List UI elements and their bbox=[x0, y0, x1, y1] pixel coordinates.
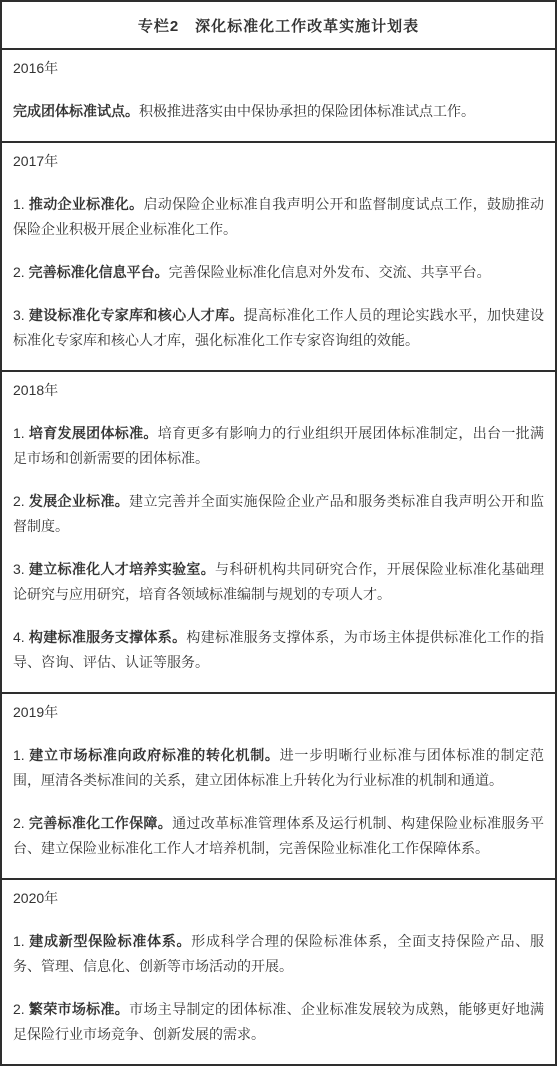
year-section: 2016年 完成团体标准试点。积极推进落实由中保协承担的保险团体标准试点工作。 bbox=[2, 48, 555, 141]
plan-item: 1. 建成新型保险标准体系。形成科学合理的保险标准体系，全面支持保险产品、服务、… bbox=[13, 929, 544, 979]
item-lead-bold: 完善标准化信息平台。 bbox=[29, 264, 169, 280]
item-number: 1. bbox=[13, 196, 29, 212]
item-number: 2. bbox=[13, 815, 29, 831]
item-number: 2. bbox=[13, 1001, 29, 1017]
item-lead-bold: 推动企业标准化。 bbox=[29, 196, 144, 212]
item-lead-bold: 建立市场标准向政府标准的转化机制。 bbox=[29, 747, 279, 763]
item-lead-bold: 完成团体标准试点。 bbox=[13, 103, 139, 119]
item-number: 1. bbox=[13, 747, 29, 763]
item-number: 1. bbox=[13, 425, 29, 441]
plan-item: 2. 发展企业标准。建立完善并全面实施保险企业产品和服务类标准自我声明公开和监督… bbox=[13, 489, 544, 539]
year-label: 2019年 bbox=[13, 700, 544, 725]
year-section: 2017年 1. 推动企业标准化。启动保险企业标准自我声明公开和监督制度试点工作… bbox=[2, 141, 555, 370]
table-sections: 2016年 完成团体标准试点。积极推进落实由中保协承担的保险团体标准试点工作。 … bbox=[2, 48, 555, 1064]
item-lead-bold: 建立标准化人才培养实验室。 bbox=[29, 561, 215, 577]
document-page: 专栏2 深化标准化工作改革实施计划表 2016年 完成团体标准试点。积极推进落实… bbox=[0, 0, 559, 1027]
item-number: 1. bbox=[13, 933, 29, 949]
plan-item: 4. 构建标准服务支撑体系。构建标准服务支撑体系，为市场主体提供标准化工作的指导… bbox=[13, 625, 544, 675]
item-lead-bold: 建成新型保险标准体系。 bbox=[29, 933, 191, 949]
item-lead-bold: 建设标准化专家库和核心人才库。 bbox=[29, 307, 244, 323]
item-number: 2. bbox=[13, 264, 29, 280]
item-body: 完善保险业标准化信息对外发布、交流、共享平台。 bbox=[169, 264, 491, 280]
plan-item: 1. 建立市场标准向政府标准的转化机制。进一步明晰行业标准与团体标准的制定范围，… bbox=[13, 743, 544, 793]
item-lead-bold: 培育发展团体标准。 bbox=[29, 425, 158, 441]
year-section: 2018年 1. 培育发展团体标准。培育更多有影响力的行业组织开展团体标准制定，… bbox=[2, 370, 555, 692]
item-number: 4. bbox=[13, 629, 29, 645]
item-number: 3. bbox=[13, 307, 29, 323]
plan-item: 1. 推动企业标准化。启动保险企业标准自我声明公开和监督制度试点工作，鼓励推动保… bbox=[13, 192, 544, 242]
year-section: 2019年 1. 建立市场标准向政府标准的转化机制。进一步明晰行业标准与团体标准… bbox=[2, 692, 555, 878]
year-section: 2020年 1. 建成新型保险标准体系。形成科学合理的保险标准体系，全面支持保险… bbox=[2, 878, 555, 1064]
year-label: 2020年 bbox=[13, 886, 544, 911]
plan-item: 3. 建设标准化专家库和核心人才库。提高标准化工作人员的理论实践水平，加快建设标… bbox=[13, 303, 544, 353]
item-lead-bold: 完善标准化工作保障。 bbox=[29, 815, 172, 831]
year-label: 2016年 bbox=[13, 56, 544, 81]
item-number: 2. bbox=[13, 493, 29, 509]
plan-item: 1. 培育发展团体标准。培育更多有影响力的行业组织开展团体标准制定，出台一批满足… bbox=[13, 421, 544, 471]
item-lead-bold: 构建标准服务支撑体系。 bbox=[29, 629, 187, 645]
plan-item: 2. 完善标准化工作保障。通过改革标准管理体系及运行机制、构建保险业标准服务平台… bbox=[13, 811, 544, 861]
year-label: 2018年 bbox=[13, 378, 544, 403]
plan-item: 2. 繁荣市场标准。市场主导制定的团体标准、企业标准发展较为成熟，能够更好地满足… bbox=[13, 997, 544, 1047]
year-label: 2017年 bbox=[13, 149, 544, 174]
table-title: 专栏2 深化标准化工作改革实施计划表 bbox=[2, 2, 555, 48]
item-number: 3. bbox=[13, 561, 29, 577]
item-lead-bold: 繁荣市场标准。 bbox=[29, 1001, 129, 1017]
item-lead-bold: 发展企业标准。 bbox=[29, 493, 129, 509]
item-body: 积极推进落实由中保协承担的保险团体标准试点工作。 bbox=[139, 103, 475, 119]
plan-item: 完成团体标准试点。积极推进落实由中保协承担的保险团体标准试点工作。 bbox=[13, 99, 544, 124]
plan-item: 3. 建立标准化人才培养实验室。与科研机构共同研究合作，开展保险业标准化基础理论… bbox=[13, 557, 544, 607]
plan-table: 专栏2 深化标准化工作改革实施计划表 2016年 完成团体标准试点。积极推进落实… bbox=[0, 0, 557, 1066]
plan-item: 2. 完善标准化信息平台。完善保险业标准化信息对外发布、交流、共享平台。 bbox=[13, 260, 544, 285]
